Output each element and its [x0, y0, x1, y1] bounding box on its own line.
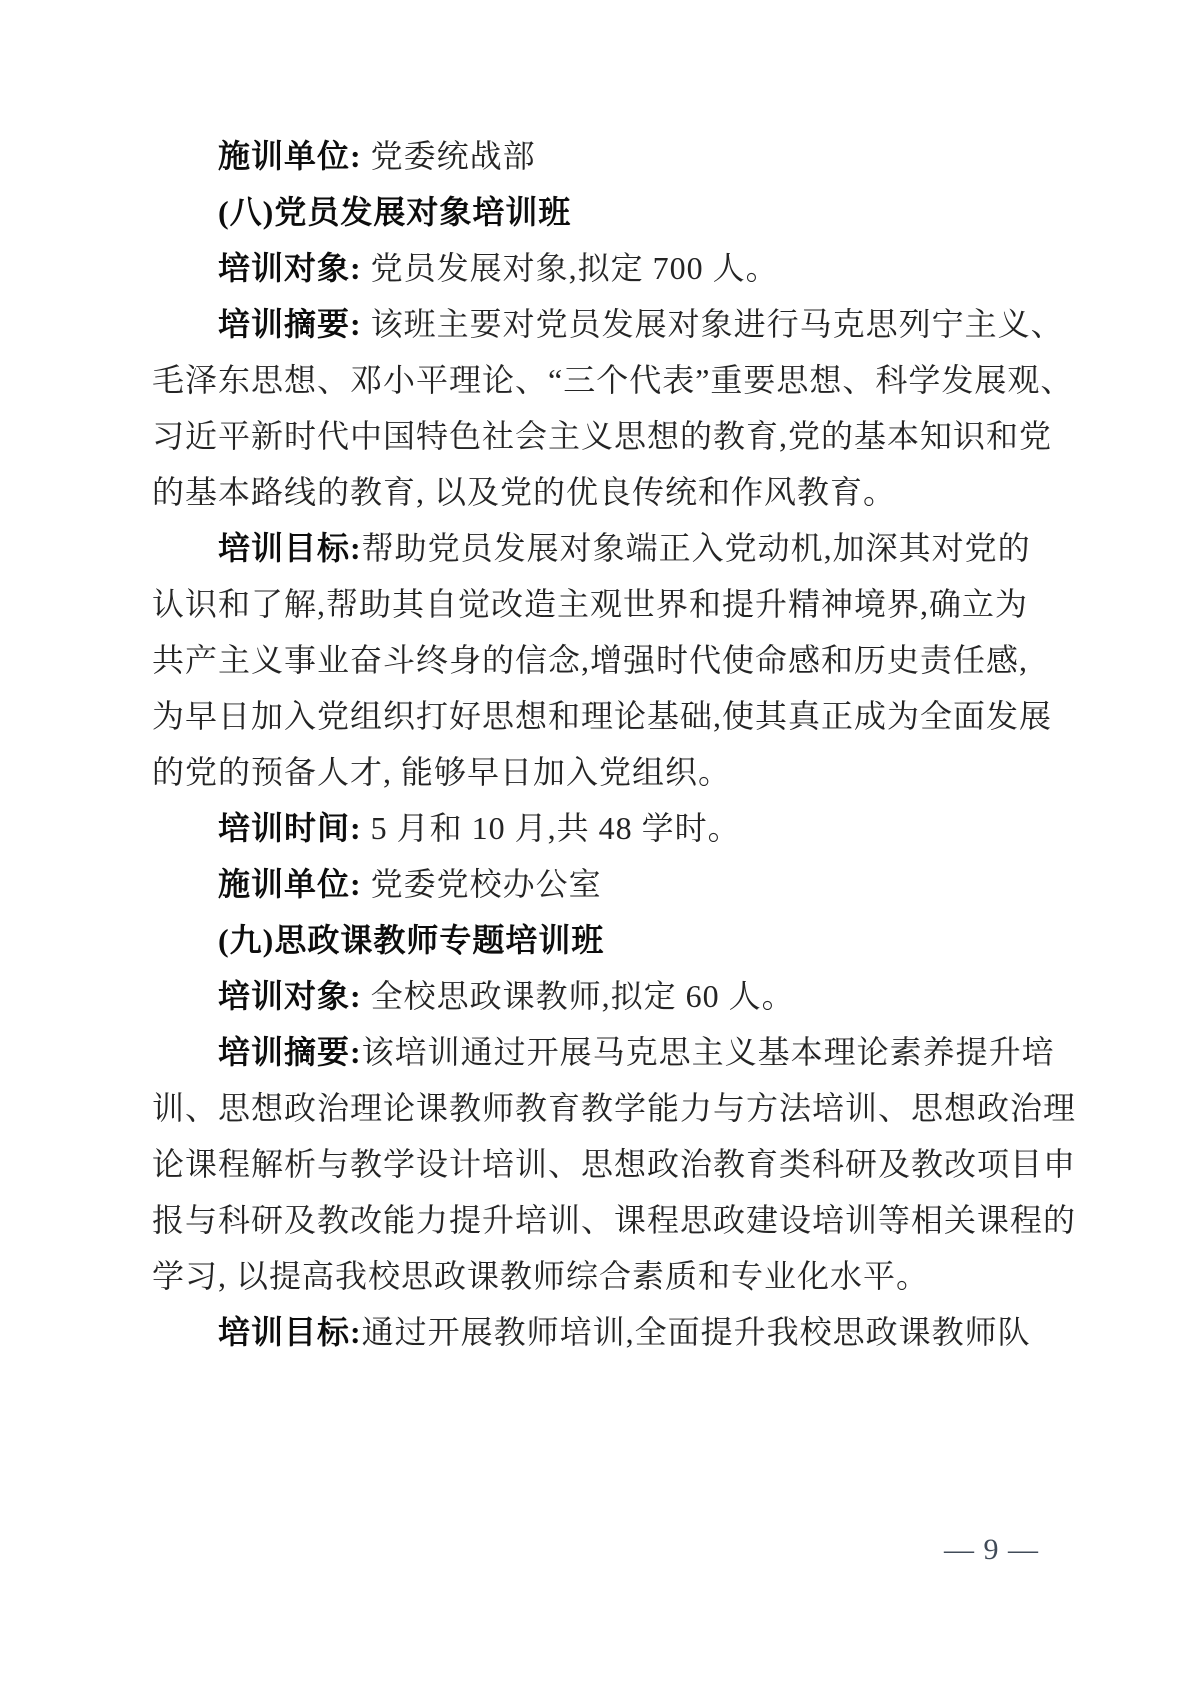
text-line: 报与科研及教改能力提升培训、课程思政建设培训等相关课程的 [152, 1192, 1052, 1248]
field-text: 该班主要对党员发展对象进行马克思列宁主义、 [362, 306, 1064, 342]
text-line: 的党的预备人才, 能够早日加入党组织。 [152, 744, 1052, 800]
field-label: 施训单位: [218, 866, 362, 902]
first-line-indent [152, 894, 218, 895]
field-text: 毛泽东思想、邓小平理论、“三个代表”重要思想、科学发展观、 [152, 362, 1073, 398]
text-line: 学习, 以提高我校思政课教师综合素质和专业化水平。 [152, 1248, 1052, 1304]
field-text: 的基本路线的教育, 以及党的优良传统和作风教育。 [152, 474, 896, 510]
text-line: 施训单位: 党委党校办公室 [152, 856, 1052, 912]
first-line-indent [152, 222, 218, 223]
text-line: 为早日加入党组织打好思想和理论基础,使其真正成为全面发展 [152, 688, 1052, 744]
field-label: 培训时间: [218, 810, 362, 846]
field-label: 培训目标: [218, 1314, 362, 1350]
field-text: 共产主义事业奋斗终身的信念,增强时代使命感和历史责任感, [152, 642, 1028, 678]
field-text: 的党的预备人才, 能够早日加入党组织。 [152, 754, 731, 790]
section-heading: (八)党员发展对象培训班 [152, 184, 1052, 240]
document-page: 施训单位: 党委统战部(八)党员发展对象培训班培训对象: 党员发展对象,拟定 7… [0, 0, 1190, 1683]
text-line: 培训摘要: 该班主要对党员发展对象进行马克思列宁主义、 [152, 296, 1052, 352]
field-label: (八)党员发展对象培训班 [218, 194, 571, 230]
text-line: 共产主义事业奋斗终身的信念,增强时代使命感和历史责任感, [152, 632, 1052, 688]
field-text: 全校思政课教师,拟定 60 人。 [362, 978, 795, 1014]
text-line: 培训摘要:该培训通过开展马克思主义基本理论素养提升培 [152, 1024, 1052, 1080]
field-text: 党委统战部 [362, 138, 536, 174]
field-label: 培训摘要: [218, 1034, 362, 1070]
text-line: 培训对象: 全校思政课教师,拟定 60 人。 [152, 968, 1052, 1024]
first-line-indent [152, 1006, 218, 1007]
field-label: 培训目标: [218, 530, 362, 566]
field-label: 施训单位: [218, 138, 362, 174]
first-line-indent [152, 950, 218, 951]
field-text: 论课程解析与教学设计培训、思想政治教育类科研及教改项目申 [152, 1146, 1076, 1182]
first-line-indent [152, 334, 218, 335]
field-text: 党委党校办公室 [362, 866, 602, 902]
text-line: 培训目标:通过开展教师培训,全面提升我校思政课教师队 [152, 1304, 1052, 1360]
text-line: 培训时间: 5 月和 10 月,共 48 学时。 [152, 800, 1052, 856]
first-line-indent [152, 1342, 218, 1343]
text-line: 认识和了解,帮助其自觉改造主观世界和提升精神境界,确立为 [152, 576, 1052, 632]
text-line: 训、思想政治理论课教师教育教学能力与方法培训、思想政治理 [152, 1080, 1052, 1136]
field-text: 报与科研及教改能力提升培训、课程思政建设培训等相关课程的 [152, 1202, 1076, 1238]
field-label: (九)思政课教师专题培训班 [218, 922, 604, 958]
text-line: 培训目标:帮助党员发展对象端正入党动机,加深其对党的 [152, 520, 1052, 576]
first-line-indent [152, 166, 218, 167]
field-text: 习近平新时代中国特色社会主义思想的教育,党的基本知识和党 [152, 418, 1052, 454]
field-text: 该培训通过开展马克思主义基本理论素养提升培 [362, 1034, 1055, 1070]
field-text: 认识和了解,帮助其自觉改造主观世界和提升精神境界,确立为 [152, 586, 1028, 622]
first-line-indent [152, 838, 218, 839]
field-text: 训、思想政治理论课教师教育教学能力与方法培训、思想政治理 [152, 1090, 1076, 1126]
text-line: 习近平新时代中国特色社会主义思想的教育,党的基本知识和党 [152, 408, 1052, 464]
field-text: 帮助党员发展对象端正入党动机,加深其对党的 [362, 530, 1031, 566]
field-text: 通过开展教师培训,全面提升我校思政课教师队 [362, 1314, 1031, 1350]
first-line-indent [152, 1062, 218, 1063]
field-label: 培训对象: [218, 978, 362, 1014]
section-heading: (九)思政课教师专题培训班 [152, 912, 1052, 968]
field-label: 培训摘要: [218, 306, 362, 342]
field-text: 5 月和 10 月,共 48 学时。 [362, 810, 741, 846]
first-line-indent [152, 558, 218, 559]
field-label: 培训对象: [218, 250, 362, 286]
field-text: 为早日加入党组织打好思想和理论基础,使其真正成为全面发展 [152, 698, 1052, 734]
document-body: 施训单位: 党委统战部(八)党员发展对象培训班培训对象: 党员发展对象,拟定 7… [152, 128, 1052, 1360]
text-line: 论课程解析与教学设计培训、思想政治教育类科研及教改项目申 [152, 1136, 1052, 1192]
text-line: 培训对象: 党员发展对象,拟定 700 人。 [152, 240, 1052, 296]
page-number: — 9 — [944, 1532, 1039, 1568]
text-line: 毛泽东思想、邓小平理论、“三个代表”重要思想、科学发展观、 [152, 352, 1052, 408]
first-line-indent [152, 278, 218, 279]
text-line: 的基本路线的教育, 以及党的优良传统和作风教育。 [152, 464, 1052, 520]
text-line: 施训单位: 党委统战部 [152, 128, 1052, 184]
field-text: 学习, 以提高我校思政课教师综合素质和专业化水平。 [152, 1258, 929, 1294]
field-text: 党员发展对象,拟定 700 人。 [362, 250, 779, 286]
